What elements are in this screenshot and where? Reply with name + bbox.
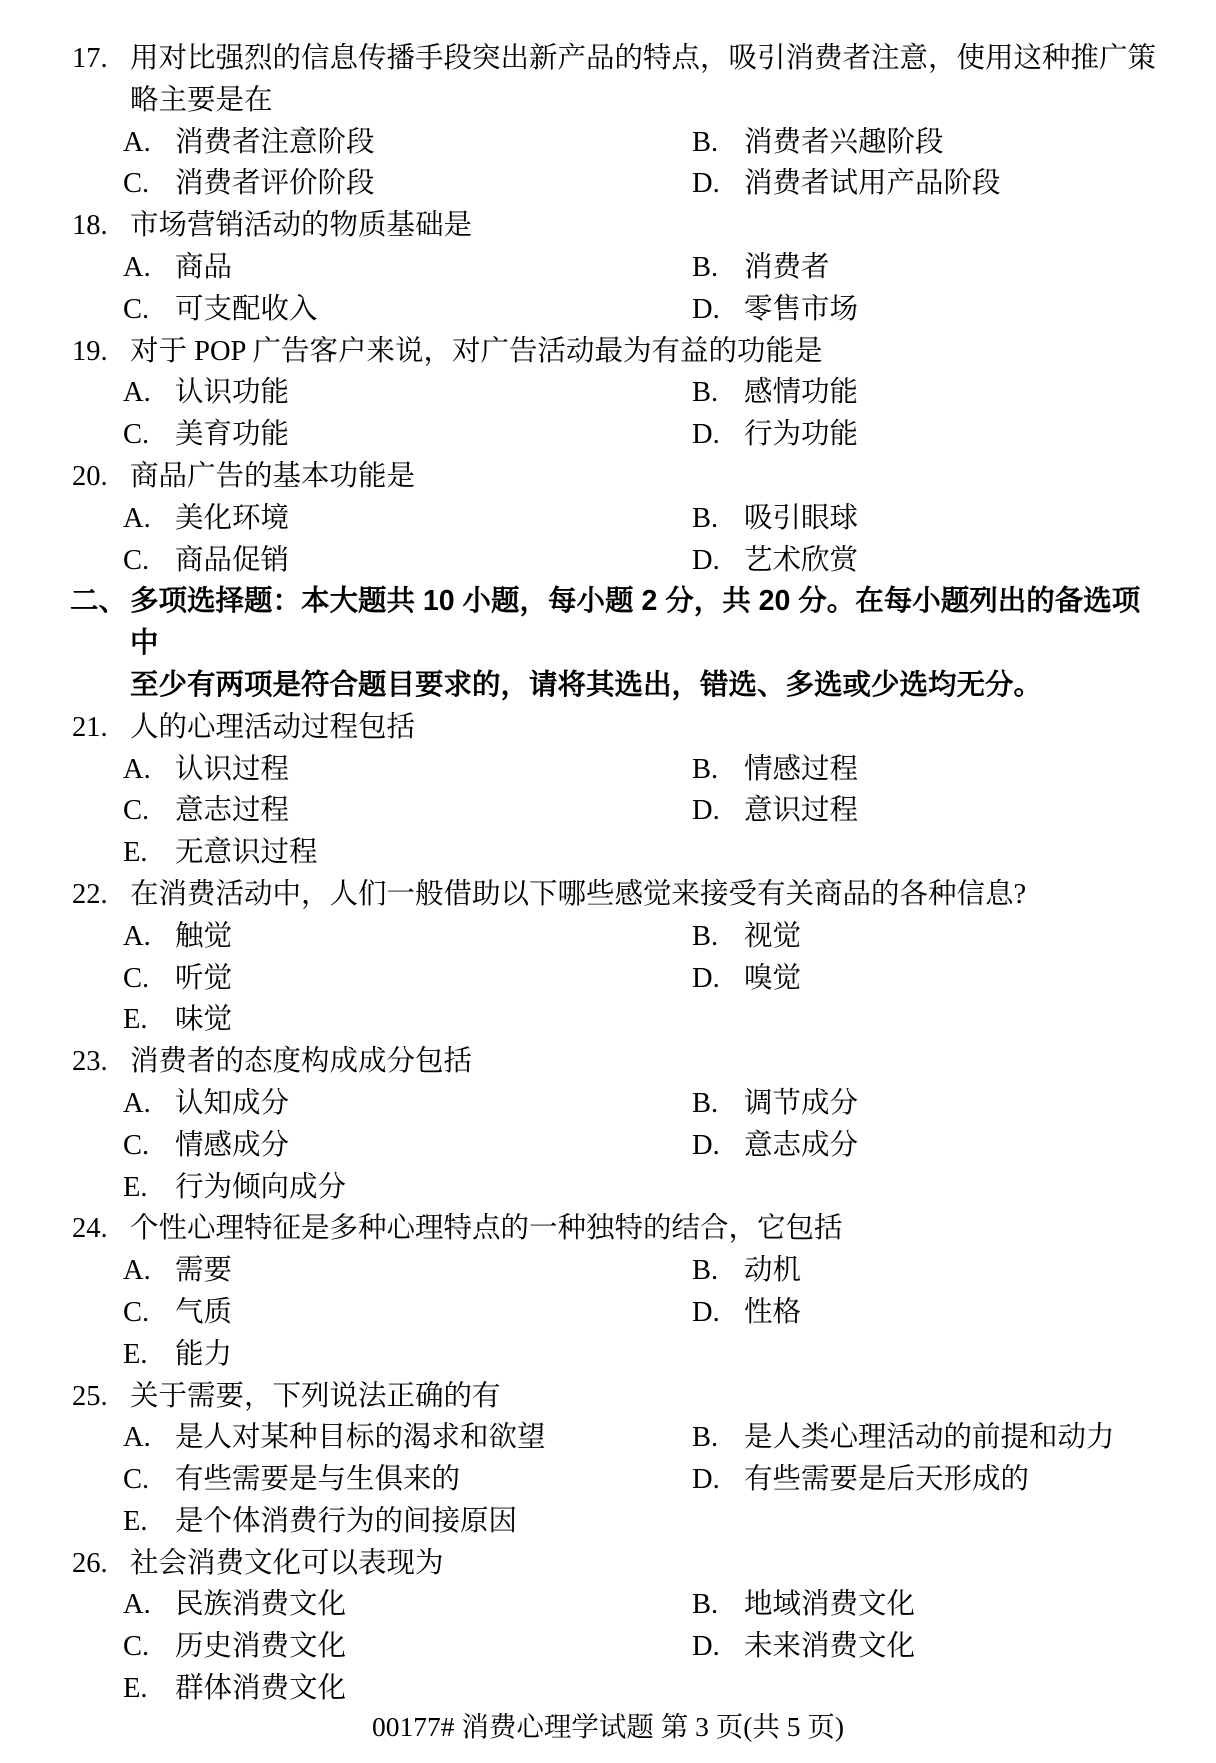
option-text: 听觉 <box>175 958 232 1000</box>
option-label: E. <box>123 832 175 874</box>
option-text: 有些需要是后天形成的 <box>744 1459 1029 1501</box>
question-19-option-c: C.美育功能 <box>123 414 692 456</box>
option-text: 可支配收入 <box>175 289 318 331</box>
option-text: 行为功能 <box>744 414 858 456</box>
option-row: C.商品促销 D.艺术欣赏 <box>0 540 1216 582</box>
option-row: E.群体消费文化 <box>0 1668 1216 1710</box>
question-18-option-c: C.可支配收入 <box>123 289 692 331</box>
option-text: 吸引眼球 <box>744 498 858 540</box>
option-text: 意识过程 <box>744 790 858 832</box>
option-label: B. <box>692 749 744 791</box>
question-18-stem: 18.市场营销活动的物质基础是 <box>0 205 1216 247</box>
option-label: A. <box>123 1083 175 1125</box>
option-text: 视觉 <box>744 916 801 958</box>
option-row: A.认识功能 B.感情功能 <box>0 372 1216 414</box>
option-label: D. <box>692 1292 744 1334</box>
option-row: E.能力 <box>0 1334 1216 1376</box>
question-22-option-c: C.听觉 <box>123 958 692 1000</box>
option-text: 认识过程 <box>175 749 289 791</box>
question-number: 24. <box>72 1208 108 1250</box>
question-24-option-b: B.动机 <box>692 1250 801 1292</box>
option-text: 群体消费文化 <box>175 1668 346 1710</box>
option-label: C. <box>123 540 175 582</box>
question-stem-text: 消费者的态度构成成分包括 <box>130 1046 472 1077</box>
section-2-header: 二、多项选择题：本大题共 10 小题，每小题 2 分，共 20 分。在每小题列出… <box>0 581 1216 706</box>
option-row: E.味觉 <box>0 999 1216 1041</box>
option-text: 消费者兴趣阶段 <box>744 122 944 164</box>
question-stem-text: 商品广告的基本功能是 <box>130 461 415 492</box>
option-text: 消费者注意阶段 <box>175 122 375 164</box>
option-row: A.认知成分 B.调节成分 <box>0 1083 1216 1125</box>
question-stem-text: 用对比强烈的信息传播手段突出新产品的特点，吸引消费者注意，使用这种推广策 <box>130 43 1156 74</box>
option-label: B. <box>692 247 744 289</box>
exam-page: { "page": { "footer": "00177# 消费心理学试题 第 … <box>0 0 1216 1763</box>
question-19-option-b: B.感情功能 <box>692 372 858 414</box>
question-25-option-c: C.有些需要是与生俱来的 <box>123 1459 692 1501</box>
question-18-option-a: A.商品 <box>123 247 692 289</box>
question-19-option-a: A.认识功能 <box>123 372 692 414</box>
option-label: A. <box>123 247 175 289</box>
section-marker: 二、 <box>70 581 127 623</box>
option-label: A. <box>123 1584 175 1626</box>
option-label: C. <box>123 790 175 832</box>
question-26-option-a: A.民族消费文化 <box>123 1584 692 1626</box>
question-22: 22.在消费活动中，人们一般借助以下哪些感觉来接受有关商品的各种信息? A.触觉… <box>0 874 1216 1041</box>
option-row: A.商品 B.消费者 <box>0 247 1216 289</box>
option-text: 美化环境 <box>175 498 289 540</box>
option-row: C.可支配收入 D.零售市场 <box>0 289 1216 331</box>
question-24-stem: 24.个性心理特征是多种心理特点的一种独特的结合，它包括 <box>0 1208 1216 1250</box>
question-23-option-b: B.调节成分 <box>692 1083 858 1125</box>
question-22-option-d: D.嗅觉 <box>692 958 801 1000</box>
option-label: D. <box>692 790 744 832</box>
question-20-option-d: D.艺术欣赏 <box>692 540 858 582</box>
option-text: 商品 <box>175 247 232 289</box>
question-24-option-d: D.性格 <box>692 1292 801 1334</box>
question-22-option-a: A.触觉 <box>123 916 692 958</box>
option-text: 味觉 <box>175 999 232 1041</box>
option-text: 无意识过程 <box>175 832 318 874</box>
question-21-option-c: C.意志过程 <box>123 790 692 832</box>
option-label: B. <box>692 916 744 958</box>
option-label: C. <box>123 958 175 1000</box>
option-label: D. <box>692 958 744 1000</box>
question-26-option-c: C.历史消费文化 <box>123 1626 692 1668</box>
option-label: E. <box>123 1668 175 1710</box>
question-20-option-b: B.吸引眼球 <box>692 498 858 540</box>
option-row: C.听觉 D.嗅觉 <box>0 958 1216 1000</box>
option-text: 意志成分 <box>744 1125 858 1167</box>
option-row: A.美化环境 B.吸引眼球 <box>0 498 1216 540</box>
option-text: 是个体消费行为的间接原因 <box>175 1501 517 1543</box>
option-label: C. <box>123 289 175 331</box>
option-text: 调节成分 <box>744 1083 858 1125</box>
question-19-stem: 19.对于 POP 广告客户来说，对广告活动最为有益的功能是 <box>0 331 1216 373</box>
option-row: C.意志过程 D.意识过程 <box>0 790 1216 832</box>
option-text: 能力 <box>175 1334 232 1376</box>
option-label: D. <box>692 1125 744 1167</box>
question-24-option-a: A.需要 <box>123 1250 692 1292</box>
question-26-option-e: E.群体消费文化 <box>123 1668 346 1710</box>
question-19-option-d: D.行为功能 <box>692 414 858 456</box>
question-20: 20.商品广告的基本功能是 A.美化环境 B.吸引眼球 C.商品促销 D.艺术欣… <box>0 456 1216 581</box>
question-26-stem: 26.社会消费文化可以表现为 <box>0 1543 1216 1585</box>
question-number: 22. <box>72 874 108 916</box>
option-text: 触觉 <box>175 916 232 958</box>
option-row: A.是人对某种目标的渴求和欲望 B.是人类心理活动的前提和动力 <box>0 1417 1216 1459</box>
question-20-stem: 20.商品广告的基本功能是 <box>0 456 1216 498</box>
option-label: B. <box>692 498 744 540</box>
question-17-option-a: A.消费者注意阶段 <box>123 122 692 164</box>
option-text: 历史消费文化 <box>175 1626 346 1668</box>
option-text: 性格 <box>744 1292 801 1334</box>
option-row: E.行为倾向成分 <box>0 1167 1216 1209</box>
option-label: C. <box>123 1292 175 1334</box>
option-label: B. <box>692 122 744 164</box>
section-header-text: 多项选择题：本大题共 10 小题，每小题 2 分，共 20 分。在每小题列出的备… <box>130 585 1140 659</box>
question-22-option-b: B.视觉 <box>692 916 801 958</box>
question-21-option-e: E.无意识过程 <box>123 832 318 874</box>
option-text: 意志过程 <box>175 790 289 832</box>
option-label: D. <box>692 1459 744 1501</box>
option-text: 情感成分 <box>175 1125 289 1167</box>
question-26-option-b: B.地域消费文化 <box>692 1584 915 1626</box>
question-stem-text: 社会消费文化可以表现为 <box>130 1548 444 1579</box>
question-22-stem: 22.在消费活动中，人们一般借助以下哪些感觉来接受有关商品的各种信息? <box>0 874 1216 916</box>
option-label: D. <box>692 289 744 331</box>
option-label: A. <box>123 916 175 958</box>
question-number: 23. <box>72 1041 108 1083</box>
option-text: 有些需要是与生俱来的 <box>175 1459 460 1501</box>
option-label: A. <box>123 498 175 540</box>
question-18: 18.市场营销活动的物质基础是 A.商品 B.消费者 C.可支配收入 D.零售市… <box>0 205 1216 330</box>
option-label: C. <box>123 1459 175 1501</box>
option-label: E. <box>123 999 175 1041</box>
question-19: 19.对于 POP 广告客户来说，对广告活动最为有益的功能是 A.认识功能 B.… <box>0 331 1216 456</box>
exam-content: 17.用对比强烈的信息传播手段突出新产品的特点，吸引消费者注意，使用这种推广策 … <box>0 0 1216 1710</box>
question-number: 17. <box>72 38 108 80</box>
question-17-stem-cont: 略主要是在 <box>0 80 1216 122</box>
option-label: A. <box>123 372 175 414</box>
question-number: 20. <box>72 456 108 498</box>
option-row: E.无意识过程 <box>0 832 1216 874</box>
question-26: 26.社会消费文化可以表现为 A.民族消费文化 B.地域消费文化 C.历史消费文… <box>0 1543 1216 1710</box>
option-text: 情感过程 <box>744 749 858 791</box>
option-text: 零售市场 <box>744 289 858 331</box>
question-21-option-d: D.意识过程 <box>692 790 858 832</box>
option-label: D. <box>692 540 744 582</box>
option-text: 需要 <box>175 1250 232 1292</box>
question-number: 21. <box>72 707 108 749</box>
question-stem-text: 个性心理特征是多种心理特点的一种独特的结合，它包括 <box>130 1213 843 1244</box>
option-label: E. <box>123 1334 175 1376</box>
option-text: 艺术欣赏 <box>744 540 858 582</box>
question-25: 25.关于需要，下列说法正确的有 A.是人对某种目标的渴求和欲望 B.是人类心理… <box>0 1376 1216 1543</box>
question-23: 23.消费者的态度构成成分包括 A.认知成分 B.调节成分 C.情感成分 D.意… <box>0 1041 1216 1208</box>
question-17-stem: 17.用对比强烈的信息传播手段突出新产品的特点，吸引消费者注意，使用这种推广策 <box>0 38 1216 80</box>
question-21: 21.人的心理活动过程包括 A.认识过程 B.情感过程 C.意志过程 D.意识过… <box>0 707 1216 874</box>
question-25-option-b: B.是人类心理活动的前提和动力 <box>692 1417 1115 1459</box>
question-21-option-b: B.情感过程 <box>692 749 858 791</box>
question-23-stem: 23.消费者的态度构成成分包括 <box>0 1041 1216 1083</box>
option-label: B. <box>692 1584 744 1626</box>
question-18-option-b: B.消费者 <box>692 247 830 289</box>
question-number: 25. <box>72 1376 108 1418</box>
question-18-option-d: D.零售市场 <box>692 289 858 331</box>
option-text: 地域消费文化 <box>744 1584 915 1626</box>
question-stem-text: 关于需要，下列说法正确的有 <box>130 1381 501 1412</box>
question-stem-text: 对于 POP 广告客户来说，对广告活动最为有益的功能是 <box>130 336 822 367</box>
option-row: A.民族消费文化 B.地域消费文化 <box>0 1584 1216 1626</box>
question-23-option-c: C.情感成分 <box>123 1125 692 1167</box>
option-label: B. <box>692 1083 744 1125</box>
question-number: 18. <box>72 205 108 247</box>
option-text: 嗅觉 <box>744 958 801 1000</box>
option-text: 认识功能 <box>175 372 289 414</box>
section-2-header-line2: 至少有两项是符合题目要求的，请将其选出，错选、多选或少选均无分。 <box>0 665 1216 707</box>
option-row: A.认识过程 B.情感过程 <box>0 749 1216 791</box>
question-17-option-d: D.消费者试用产品阶段 <box>692 163 1001 205</box>
option-text: 气质 <box>175 1292 232 1334</box>
question-number: 26. <box>72 1543 108 1585</box>
option-text: 商品促销 <box>175 540 289 582</box>
option-text: 是人对某种目标的渴求和欲望 <box>175 1417 546 1459</box>
question-stem-text: 市场营销活动的物质基础是 <box>130 210 472 241</box>
option-label: C. <box>123 163 175 205</box>
option-label: E. <box>123 1167 175 1209</box>
question-20-option-c: C.商品促销 <box>123 540 692 582</box>
question-22-option-e: E.味觉 <box>123 999 232 1041</box>
option-row: E.是个体消费行为的间接原因 <box>0 1501 1216 1543</box>
question-25-option-a: A.是人对某种目标的渴求和欲望 <box>123 1417 692 1459</box>
question-24: 24.个性心理特征是多种心理特点的一种独特的结合，它包括 A.需要 B.动机 C… <box>0 1208 1216 1375</box>
option-label: B. <box>692 372 744 414</box>
option-row: A.需要 B.动机 <box>0 1250 1216 1292</box>
question-23-option-a: A.认知成分 <box>123 1083 692 1125</box>
option-label: C. <box>123 414 175 456</box>
option-label: B. <box>692 1417 744 1459</box>
option-label: A. <box>123 1417 175 1459</box>
question-25-option-d: D.有些需要是后天形成的 <box>692 1459 1029 1501</box>
option-label: A. <box>123 749 175 791</box>
section-2-header-line1: 二、多项选择题：本大题共 10 小题，每小题 2 分，共 20 分。在每小题列出… <box>0 581 1216 665</box>
option-label: D. <box>692 414 744 456</box>
option-row: A.触觉 B.视觉 <box>0 916 1216 958</box>
option-label: A. <box>123 1250 175 1292</box>
option-row: C.美育功能 D.行为功能 <box>0 414 1216 456</box>
option-row: C.有些需要是与生俱来的 D.有些需要是后天形成的 <box>0 1459 1216 1501</box>
option-text: 消费者 <box>744 247 830 289</box>
question-24-option-e: E.能力 <box>123 1334 232 1376</box>
option-label: D. <box>692 1626 744 1668</box>
question-17-option-c: C.消费者评价阶段 <box>123 163 692 205</box>
question-23-option-e: E.行为倾向成分 <box>123 1167 346 1209</box>
option-row: C.历史消费文化 D.未来消费文化 <box>0 1626 1216 1668</box>
question-20-option-a: A.美化环境 <box>123 498 692 540</box>
question-24-option-c: C.气质 <box>123 1292 692 1334</box>
question-stem-text: 人的心理活动过程包括 <box>130 712 415 743</box>
question-26-option-d: D.未来消费文化 <box>692 1626 915 1668</box>
option-text: 是人类心理活动的前提和动力 <box>744 1417 1115 1459</box>
question-23-option-d: D.意志成分 <box>692 1125 858 1167</box>
option-text: 感情功能 <box>744 372 858 414</box>
question-17: 17.用对比强烈的信息传播手段突出新产品的特点，吸引消费者注意，使用这种推广策 … <box>0 38 1216 205</box>
option-label: D. <box>692 163 744 205</box>
option-text: 未来消费文化 <box>744 1626 915 1668</box>
page-footer: 00177# 消费心理学试题 第 3 页(共 5 页) <box>0 1706 1216 1748</box>
question-stem-text: 在消费活动中，人们一般借助以下哪些感觉来接受有关商品的各种信息? <box>130 879 1026 910</box>
option-label: E. <box>123 1501 175 1543</box>
option-row: C.情感成分 D.意志成分 <box>0 1125 1216 1167</box>
option-text: 认知成分 <box>175 1083 289 1125</box>
question-number: 19. <box>72 331 108 373</box>
option-text: 民族消费文化 <box>175 1584 346 1626</box>
option-label: C. <box>123 1626 175 1668</box>
option-text: 美育功能 <box>175 414 289 456</box>
option-text: 消费者试用产品阶段 <box>744 163 1001 205</box>
option-text: 行为倾向成分 <box>175 1167 346 1209</box>
option-text: 动机 <box>744 1250 801 1292</box>
option-label: C. <box>123 1125 175 1167</box>
option-row: C.消费者评价阶段 D.消费者试用产品阶段 <box>0 163 1216 205</box>
option-text: 消费者评价阶段 <box>175 163 375 205</box>
question-21-stem: 21.人的心理活动过程包括 <box>0 707 1216 749</box>
option-label: A. <box>123 122 175 164</box>
option-row: A.消费者注意阶段 B.消费者兴趣阶段 <box>0 122 1216 164</box>
option-label: B. <box>692 1250 744 1292</box>
question-25-option-e: E.是个体消费行为的间接原因 <box>123 1501 517 1543</box>
question-25-stem: 25.关于需要，下列说法正确的有 <box>0 1376 1216 1418</box>
option-row: C.气质 D.性格 <box>0 1292 1216 1334</box>
question-21-option-a: A.认识过程 <box>123 749 692 791</box>
question-17-option-b: B.消费者兴趣阶段 <box>692 122 944 164</box>
